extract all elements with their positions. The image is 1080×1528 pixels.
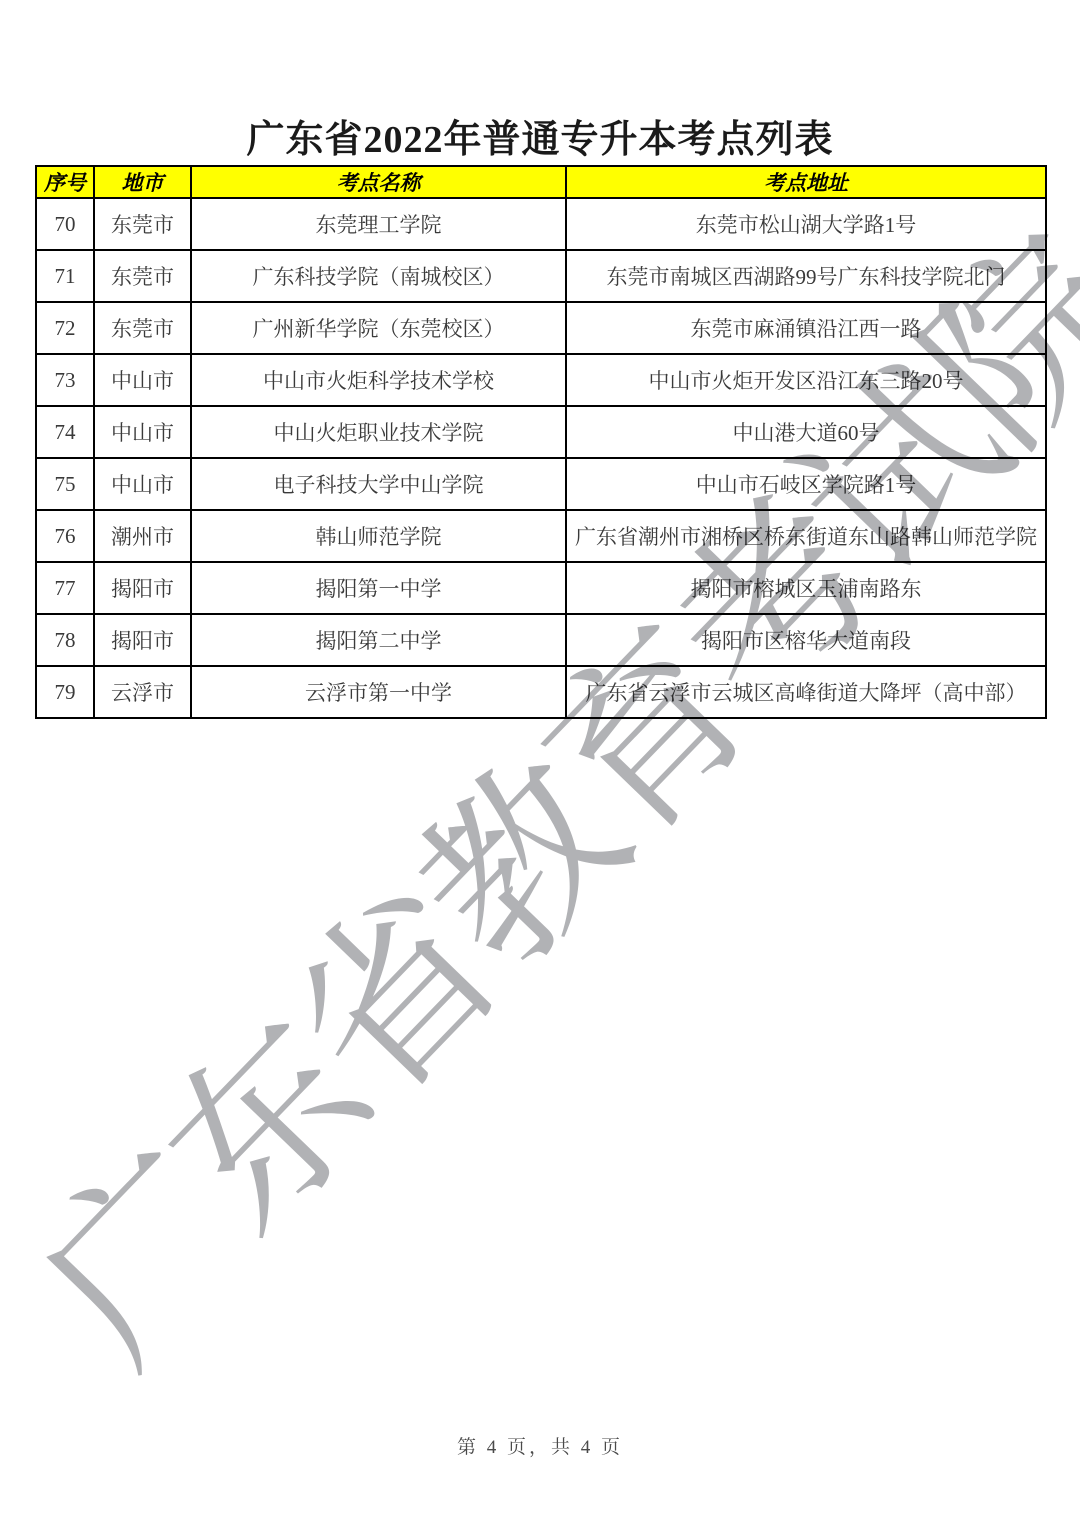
cell-seq: 76 [36, 510, 94, 562]
cell-site-address: 揭阳市区榕华大道南段 [566, 614, 1046, 666]
table-row: 76 潮州市 韩山师范学院 广东省潮州市湘桥区桥东街道东山路韩山师范学院 [36, 510, 1046, 562]
cell-seq: 75 [36, 458, 94, 510]
cell-seq: 77 [36, 562, 94, 614]
table-row: 71 东莞市 广东科技学院（南城校区） 东莞市南城区西湖路99号广东科技学院北门 [36, 250, 1046, 302]
cell-site-name: 揭阳第一中学 [191, 562, 566, 614]
cell-city: 东莞市 [94, 198, 191, 250]
cell-site-address: 揭阳市榕城区玉浦南路东 [566, 562, 1046, 614]
table-row: 75 中山市 电子科技大学中山学院 中山市石岐区学院路1号 [36, 458, 1046, 510]
cell-site-address: 中山市火炬开发区沿江东三路20号 [566, 354, 1046, 406]
cell-site-address: 东莞市南城区西湖路99号广东科技学院北门 [566, 250, 1046, 302]
cell-seq: 79 [36, 666, 94, 718]
table-header-row: 序号 地市 考点名称 考点地址 [36, 166, 1046, 198]
cell-city: 揭阳市 [94, 614, 191, 666]
cell-city: 中山市 [94, 458, 191, 510]
cell-site-address: 广东省云浮市云城区高峰街道大降坪（高中部） [566, 666, 1046, 718]
table-row: 72 东莞市 广州新华学院（东莞校区） 东莞市麻涌镇沿江西一路 [36, 302, 1046, 354]
cell-seq: 74 [36, 406, 94, 458]
cell-site-address: 中山港大道60号 [566, 406, 1046, 458]
table-row: 74 中山市 中山火炬职业技术学院 中山港大道60号 [36, 406, 1046, 458]
cell-site-name: 中山市火炬科学技术学校 [191, 354, 566, 406]
cell-site-address: 东莞市松山湖大学路1号 [566, 198, 1046, 250]
column-header-seq: 序号 [36, 166, 94, 198]
cell-site-address: 广东省潮州市湘桥区桥东街道东山路韩山师范学院 [566, 510, 1046, 562]
cell-site-name: 东莞理工学院 [191, 198, 566, 250]
table-row: 78 揭阳市 揭阳第二中学 揭阳市区榕华大道南段 [36, 614, 1046, 666]
table-row: 77 揭阳市 揭阳第一中学 揭阳市榕城区玉浦南路东 [36, 562, 1046, 614]
cell-city: 中山市 [94, 406, 191, 458]
column-header-site-name: 考点名称 [191, 166, 566, 198]
cell-site-address: 中山市石岐区学院路1号 [566, 458, 1046, 510]
cell-city: 云浮市 [94, 666, 191, 718]
cell-seq: 71 [36, 250, 94, 302]
cell-site-name: 电子科技大学中山学院 [191, 458, 566, 510]
cell-site-name: 广州新华学院（东莞校区） [191, 302, 566, 354]
cell-seq: 72 [36, 302, 94, 354]
column-header-city: 地市 [94, 166, 191, 198]
cell-city: 揭阳市 [94, 562, 191, 614]
cell-seq: 78 [36, 614, 94, 666]
cell-city: 中山市 [94, 354, 191, 406]
cell-seq: 70 [36, 198, 94, 250]
table-row: 79 云浮市 云浮市第一中学 广东省云浮市云城区高峰街道大降坪（高中部） [36, 666, 1046, 718]
cell-city: 潮州市 [94, 510, 191, 562]
cell-seq: 73 [36, 354, 94, 406]
page-footer: 第 4 页，共 4 页 [0, 1432, 1080, 1459]
cell-site-name: 揭阳第二中学 [191, 614, 566, 666]
cell-site-name: 云浮市第一中学 [191, 666, 566, 718]
table-row: 70 东莞市 东莞理工学院 东莞市松山湖大学路1号 [36, 198, 1046, 250]
document-page: 广东省2022年普通专升本考点列表 序号 地市 考点名称 考点地址 70 东莞市… [0, 0, 1080, 1528]
cell-site-address: 东莞市麻涌镇沿江西一路 [566, 302, 1046, 354]
exam-site-table: 序号 地市 考点名称 考点地址 70 东莞市 东莞理工学院 东莞市松山湖大学路1… [35, 165, 1047, 719]
page-title: 广东省2022年普通专升本考点列表 [0, 108, 1080, 163]
cell-site-name: 韩山师范学院 [191, 510, 566, 562]
column-header-site-address: 考点地址 [566, 166, 1046, 198]
cell-city: 东莞市 [94, 302, 191, 354]
cell-site-name: 中山火炬职业技术学院 [191, 406, 566, 458]
table-row: 73 中山市 中山市火炬科学技术学校 中山市火炬开发区沿江东三路20号 [36, 354, 1046, 406]
cell-city: 东莞市 [94, 250, 191, 302]
cell-site-name: 广东科技学院（南城校区） [191, 250, 566, 302]
